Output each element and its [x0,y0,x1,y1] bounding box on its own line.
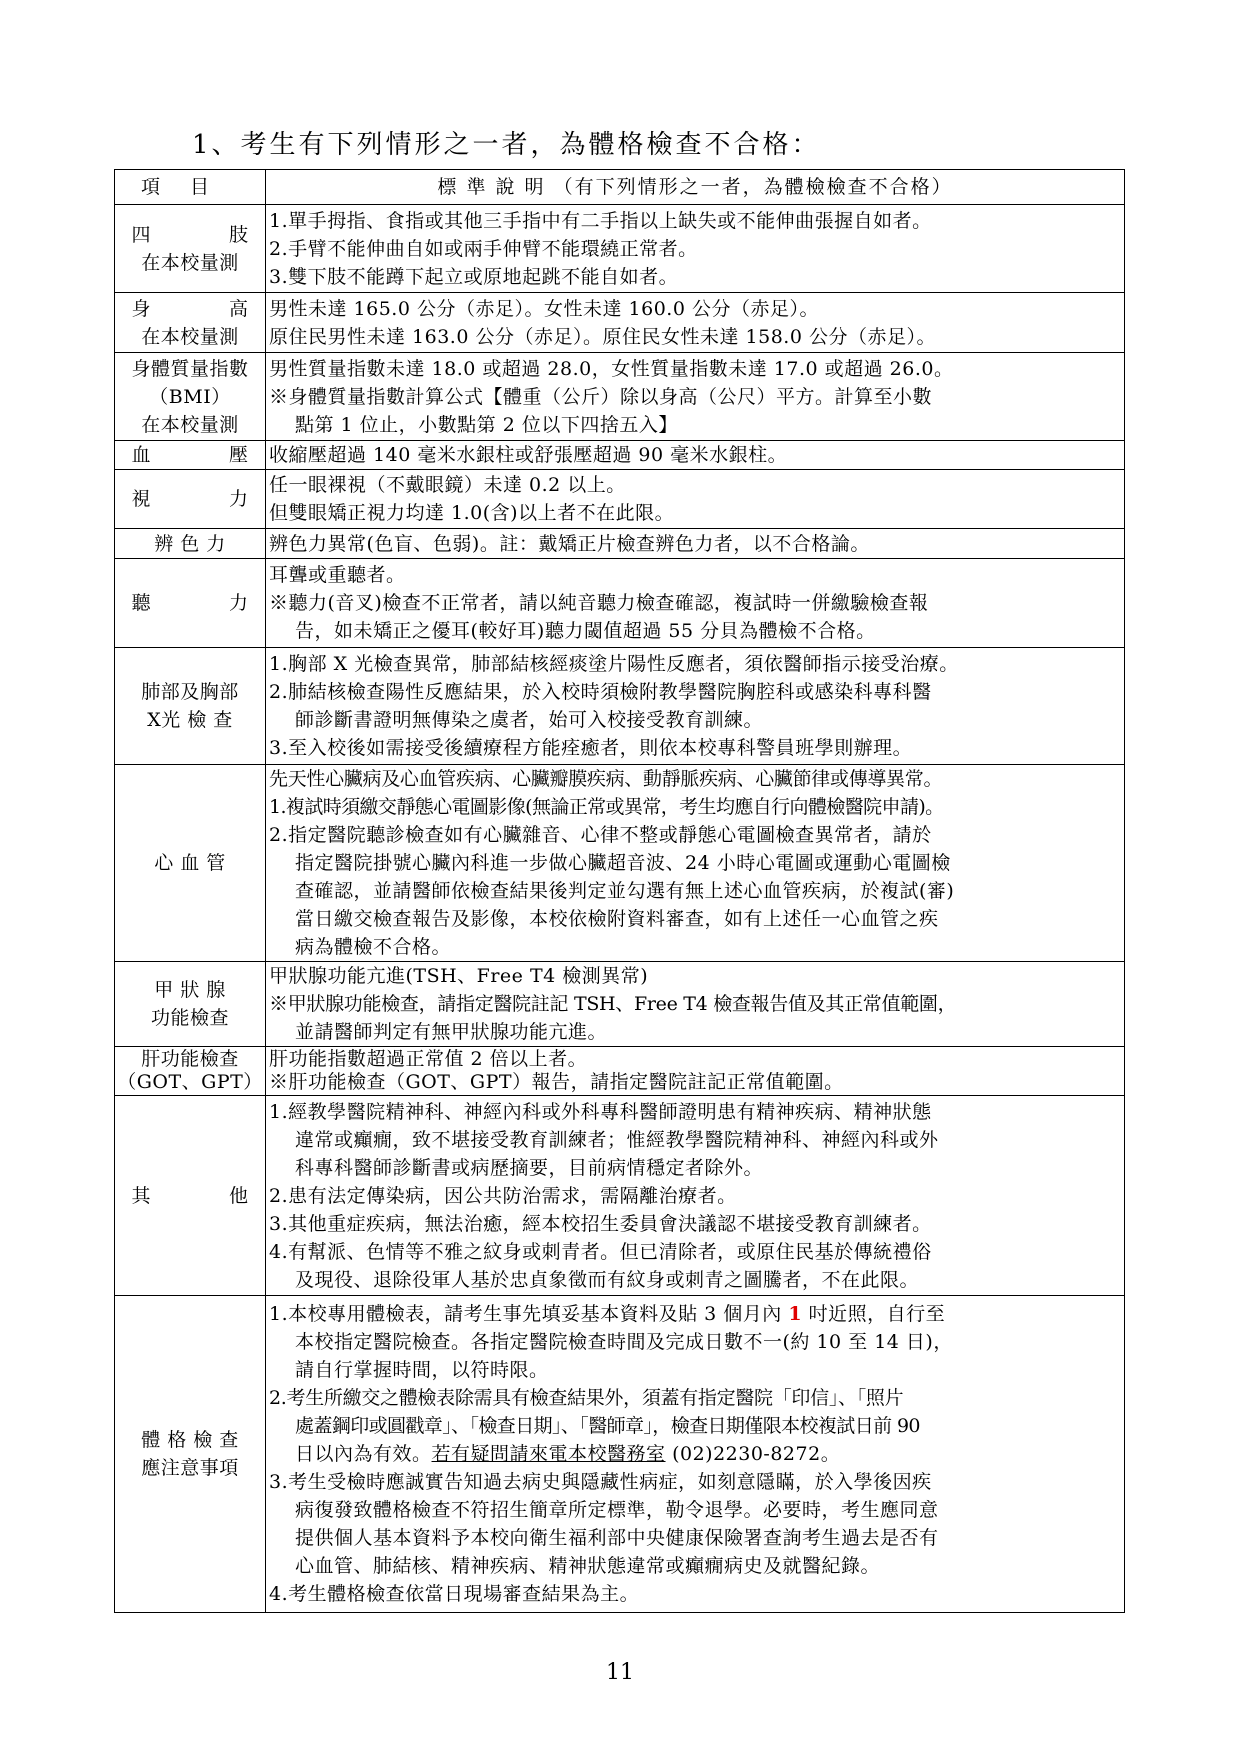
desc-other: 1.經教學醫院精神科、神經內科或外科專科醫師證明患有精神疾病、精神狀態 違常或癲… [266,1096,1125,1296]
desc-line: 3.其他重症疾病，無法治癒，經本校招生委員會決議認不堪接受教育訓練者。 [269,1210,1122,1238]
physical-exam-criteria-table: 項目 標 準 說 明 （有下列情形之一者，為體檢檢查不合格） 四 肢 在本校量測… [114,169,1125,1613]
table-row-chest-xray: 肺部及胸部 X光 檢 查 1.胸部 X 光檢查異常，肺部結核經痰塗片陽性反應者，… [115,648,1125,765]
desc-line: 科專科醫師診斷書或病歷摘要，目前病情穩定者除外。 [269,1154,1122,1182]
note-4-line-1: 4.考生體格檢查依當日現場審查結果為主。 [269,1580,1122,1608]
table-row-thyroid: 甲 狀 腺 功能檢查 甲狀腺功能亢進(TSH、Free T4 檢測異常) ※甲狀… [115,962,1125,1047]
desc-line: 3.雙下肢不能蹲下起立或原地起跳不能自如者。 [269,263,1122,291]
item-color-vision: 辨 色 力 [115,529,266,559]
desc-line: 4.有幫派、色情等不雅之紋身或刺青者。但已清除者，或原住民基於傳統禮俗 [269,1238,1122,1266]
item-sublabel: 功能檢查 [115,1004,265,1032]
item-label: 身 高 [115,295,265,323]
note-2-line-2: 處蓋鋼印或圓戳章」、「檢查日期」、「醫師章」，檢查日期僅限本校複試日前 90 [269,1412,1122,1440]
highlight-number: 1 [788,1303,802,1325]
desc-line: 2.指定醫院聽診檢查如有心臟雜音、心律不整或靜態心電圖檢查異常者，請於 [269,821,1122,849]
table-header-row: 項目 標 準 說 明 （有下列情形之一者，為體檢檢查不合格） [115,170,1125,205]
desc-line: 收縮壓超過 140 毫米水銀柱或舒張壓超過 90 毫米水銀柱。 [269,441,1122,469]
desc-bmi: 男性質量指數未達 18.0 或超過 28.0，女性質量指數未達 17.0 或超過… [266,353,1125,441]
desc-line: 但雙眼矯正視力均達 1.0(含)以上者不在此限。 [269,499,1122,527]
note-3-line-2: 病復發致體格檢查不符招生簡章所定標準，勒令退學。必要時，考生應同意 [269,1496,1122,1524]
item-label: 體 格 檢 查 [115,1426,265,1454]
item-sublabel: 應注意事項 [115,1454,265,1482]
note-1-line-3: 請自行掌握時間，以符時限。 [269,1356,1122,1384]
item-height: 身 高 在本校量測 [115,293,266,353]
desc-line: 先天性心臟病及心血管疾病、心臟瓣膜疾病、動靜脈疾病、心臟節律或傳導異常。 [269,765,1122,793]
item-vision: 視 力 [115,470,266,529]
item-label: 心 血 管 [115,849,265,877]
desc-height: 男性未達 165.0 公分（赤足）。女性未達 160.0 公分（赤足）。 原住民… [266,293,1125,353]
item-label: 辨 色 力 [115,530,265,558]
desc-line: 原住民男性未達 163.0 公分（赤足）。原住民女性未達 158.0 公分（赤足… [269,323,1122,351]
item-sublabel: 在本校量測 [115,323,265,351]
note-3-line-1: 3.考生受檢時應誠實告知過去病史與隱藏性病症，如刻意隱瞞，於入學後因疾 [269,1468,1122,1496]
desc-line: 並請醫師判定有無甲狀腺功能亢進。 [269,1018,1122,1046]
desc-line: 任一眼裸視（不戴眼鏡）未達 0.2 以上。 [269,471,1122,499]
item-liver: 肝功能檢查 （GOT、GPT） [115,1047,266,1096]
header-item: 項目 [115,170,266,205]
desc-line: ※身體質量指數計算公式【體重（公斤）除以身高（公尺）平方。計算至小數 [269,383,1122,411]
desc-line: ※肝功能檢查（GOT、GPT）報告，請指定醫院註記正常值範圍。 [269,1071,1122,1094]
table-row-liver: 肝功能檢查 （GOT、GPT） 肝功能指數超過正常值 2 倍以上者。 ※肝功能檢… [115,1047,1125,1096]
item-cardiovascular: 心 血 管 [115,765,266,962]
table-row-limbs: 四 肢 在本校量測 1.單手拇指、食指或其他三手指中有二手指以上缺失或不能伸曲張… [115,205,1125,293]
desc-thyroid: 甲狀腺功能亢進(TSH、Free T4 檢測異常) ※甲狀腺功能檢查，請指定醫院… [266,962,1125,1047]
desc-line: 告，如未矯正之優耳(較好耳)聽力閾值超過 55 分貝為體檢不合格。 [269,617,1122,645]
desc-hearing: 耳聾或重聽者。 ※聽力(音叉)檢查不正常者，請以純音聽力檢查確認，複試時一併繳驗… [266,559,1125,648]
desc-limbs: 1.單手拇指、食指或其他三手指中有二手指以上缺失或不能伸曲張握自如者。 2.手臂… [266,205,1125,293]
item-label: 血 壓 [115,441,265,469]
table-row-cardiovascular: 心 血 管 先天性心臟病及心血管疾病、心臟瓣膜疾病、動靜脈疾病、心臟節律或傳導異… [115,765,1125,962]
desc-line: ※聽力(音叉)檢查不正常者，請以純音聽力檢查確認，複試時一併繳驗檢查報 [269,589,1122,617]
desc-line: 查確認，並請醫師依檢查結果後判定並勾選有無上述心血管疾病，於複試(審) [269,877,1122,905]
item-label: 四 肢 [115,221,265,249]
desc-line: 3.至入校後如需接受後續療程方能痊癒者，則依本校專科警員班學則辦理。 [269,734,1122,762]
desc-line: 1.胸部 X 光檢查異常，肺部結核經痰塗片陽性反應者，須依醫師指示接受治療。 [269,650,1122,678]
item-sublabel: （BMI） [115,383,265,411]
item-hearing: 聽 力 [115,559,266,648]
note-text: 吋近照，自行至 [802,1303,945,1325]
item-sublabel: 在本校量測 [115,411,265,439]
desc-line: ※甲狀腺功能檢查，請指定醫院註記 TSH、Free T4 檢查報告值及其正常值範… [269,990,1122,1018]
header-description: 標 準 說 明 （有下列情形之一者，為體檢檢查不合格） [266,170,1125,205]
item-label: 身體質量指數 [115,355,265,383]
note-1-line-1: 1.本校專用體檢表，請考生事先填妥基本資料及貼 3 個月內 1 吋近照，自行至 [269,1300,1122,1328]
desc-vision: 任一眼裸視（不戴眼鏡）未達 0.2 以上。 但雙眼矯正視力均達 1.0(含)以上… [266,470,1125,529]
table-row-height: 身 高 在本校量測 男性未達 165.0 公分（赤足）。女性未達 160.0 公… [115,293,1125,353]
desc-line: 甲狀腺功能亢進(TSH、Free T4 檢測異常) [269,962,1122,990]
note-2-line-1: 2.考生所繳交之體檢表除需具有檢查結果外，須蓋有指定醫院「印信」、「照片 [269,1384,1122,1412]
desc-line: 2.肺結核檢查陽性反應結果，於入校時須檢附教學醫院胸腔科或感染科專科醫 [269,678,1122,706]
desc-cardiovascular: 先天性心臟病及心血管疾病、心臟瓣膜疾病、動靜脈疾病、心臟節律或傳導異常。 1.複… [266,765,1125,962]
note-3-line-3: 提供個人基本資料予本校向衛生福利部中央健康保險署查詢考生過去是否有 [269,1524,1122,1552]
item-bmi: 身體質量指數 （BMI） 在本校量測 [115,353,266,441]
desc-chest-xray: 1.胸部 X 光檢查異常，肺部結核經痰塗片陽性反應者，須依醫師指示接受治療。 2… [266,648,1125,765]
item-label: 甲 狀 腺 [115,976,265,1004]
desc-line: 指定醫院掛號心臟內科進一步做心臟超音波、24 小時心電圖或運動心電圖檢 [269,849,1122,877]
item-limbs: 四 肢 在本校量測 [115,205,266,293]
page-heading: 1、考生有下列情形之一者，為體格檢查不合格： [192,128,821,162]
item-other: 其 他 [115,1096,266,1296]
item-blood-pressure: 血 壓 [115,441,266,470]
item-label: 其 他 [115,1182,265,1210]
desc-line: 辨色力異常(色盲、色弱)。註：戴矯正片檢查辨色力者，以不合格論。 [269,530,1122,558]
item-label: 肺部及胸部 [115,678,265,706]
desc-line: 違常或癲癇，致不堪接受教育訓練者；惟經教學醫院精神科、神經內科或外 [269,1126,1122,1154]
desc-line: 男性質量指數未達 18.0 或超過 28.0，女性質量指數未達 17.0 或超過… [269,355,1122,383]
desc-blood-pressure: 收縮壓超過 140 毫米水銀柱或舒張壓超過 90 毫米水銀柱。 [266,441,1125,470]
desc-line: 點第 1 位止，小數點第 2 位以下四捨五入】 [269,411,1122,439]
table-row-vision: 視 力 任一眼裸視（不戴眼鏡）未達 0.2 以上。 但雙眼矯正視力均達 1.0(… [115,470,1125,529]
item-thyroid: 甲 狀 腺 功能檢查 [115,962,266,1047]
note-text: 日以內為有效。 [295,1443,432,1465]
item-exam-notes: 體 格 檢 查 應注意事項 [115,1296,266,1613]
table-row-other: 其 他 1.經教學醫院精神科、神經內科或外科專科醫師證明患有精神疾病、精神狀態 … [115,1096,1125,1296]
desc-line: 1.複試時須繳交靜態心電圖影像(無論正常或異常，考生均應自行向體檢醫院申請)。 [269,793,1122,821]
desc-color-vision: 辨色力異常(色盲、色弱)。註：戴矯正片檢查辨色力者，以不合格論。 [266,529,1125,559]
item-sublabel: 在本校量測 [115,249,265,277]
table-row-blood-pressure: 血 壓 收縮壓超過 140 毫米水銀柱或舒張壓超過 90 毫米水銀柱。 [115,441,1125,470]
item-label: 聽 力 [115,589,265,617]
item-label: 視 力 [115,485,265,513]
note-3-line-4: 心血管、肺結核、精神疾病、精神狀態違常或癲癇病史及就醫紀錄。 [269,1552,1122,1580]
table-row-color-vision: 辨 色 力 辨色力異常(色盲、色弱)。註：戴矯正片檢查辨色力者，以不合格論。 [115,529,1125,559]
desc-line: 耳聾或重聽者。 [269,561,1122,589]
item-sublabel: X光 檢 查 [115,706,265,734]
contact-medical-office: 若有疑問請來電本校醫務室 [432,1443,666,1465]
desc-line: 病為體檢不合格。 [269,933,1122,961]
desc-line: 1.單手拇指、食指或其他三手指中有二手指以上缺失或不能伸曲張握自如者。 [269,207,1122,235]
item-label: 肝功能檢查 [115,1048,265,1071]
item-sublabel: （GOT、GPT） [115,1071,265,1094]
phone-number: (02)2230-8272。 [666,1443,841,1465]
note-1-line-2: 本校指定醫院檢查。各指定醫院檢查時間及完成日數不一(約 10 至 14 日)， [269,1328,1122,1356]
table-row-bmi: 身體質量指數 （BMI） 在本校量測 男性質量指數未達 18.0 或超過 28.… [115,353,1125,441]
page-number: 11 [0,1660,1240,1685]
desc-line: 肝功能指數超過正常值 2 倍以上者。 [269,1048,1122,1071]
item-chest-xray: 肺部及胸部 X光 檢 查 [115,648,266,765]
desc-line: 及現役、退除役軍人基於忠貞象徵而有紋身或刺青之圖騰者，不在此限。 [269,1266,1122,1294]
desc-line: 2.患有法定傳染病，因公共防治需求，需隔離治療者。 [269,1182,1122,1210]
desc-line: 2.手臂不能伸曲自如或兩手伸臂不能環繞正常者。 [269,235,1122,263]
note-text: 1.本校專用體檢表，請考生事先填妥基本資料及貼 3 個月內 [269,1303,788,1325]
note-2-line-3: 日以內為有效。若有疑問請來電本校醫務室 (02)2230-8272。 [269,1440,1122,1468]
desc-line: 男性未達 165.0 公分（赤足）。女性未達 160.0 公分（赤足）。 [269,295,1122,323]
desc-exam-notes: 1.本校專用體檢表，請考生事先填妥基本資料及貼 3 個月內 1 吋近照，自行至 … [266,1296,1125,1613]
desc-line: 當日繳交檢查報告及影像，本校依檢附資料審查，如有上述任一心血管之疾 [269,905,1122,933]
table-row-exam-notes: 體 格 檢 查 應注意事項 1.本校專用體檢表，請考生事先填妥基本資料及貼 3 … [115,1296,1125,1613]
table-row-hearing: 聽 力 耳聾或重聽者。 ※聽力(音叉)檢查不正常者，請以純音聽力檢查確認，複試時… [115,559,1125,648]
desc-liver: 肝功能指數超過正常值 2 倍以上者。 ※肝功能檢查（GOT、GPT）報告，請指定… [266,1047,1125,1096]
desc-line: 1.經教學醫院精神科、神經內科或外科專科醫師證明患有精神疾病、精神狀態 [269,1098,1122,1126]
desc-line: 師診斷書證明無傳染之虞者，始可入校接受教育訓練。 [269,706,1122,734]
